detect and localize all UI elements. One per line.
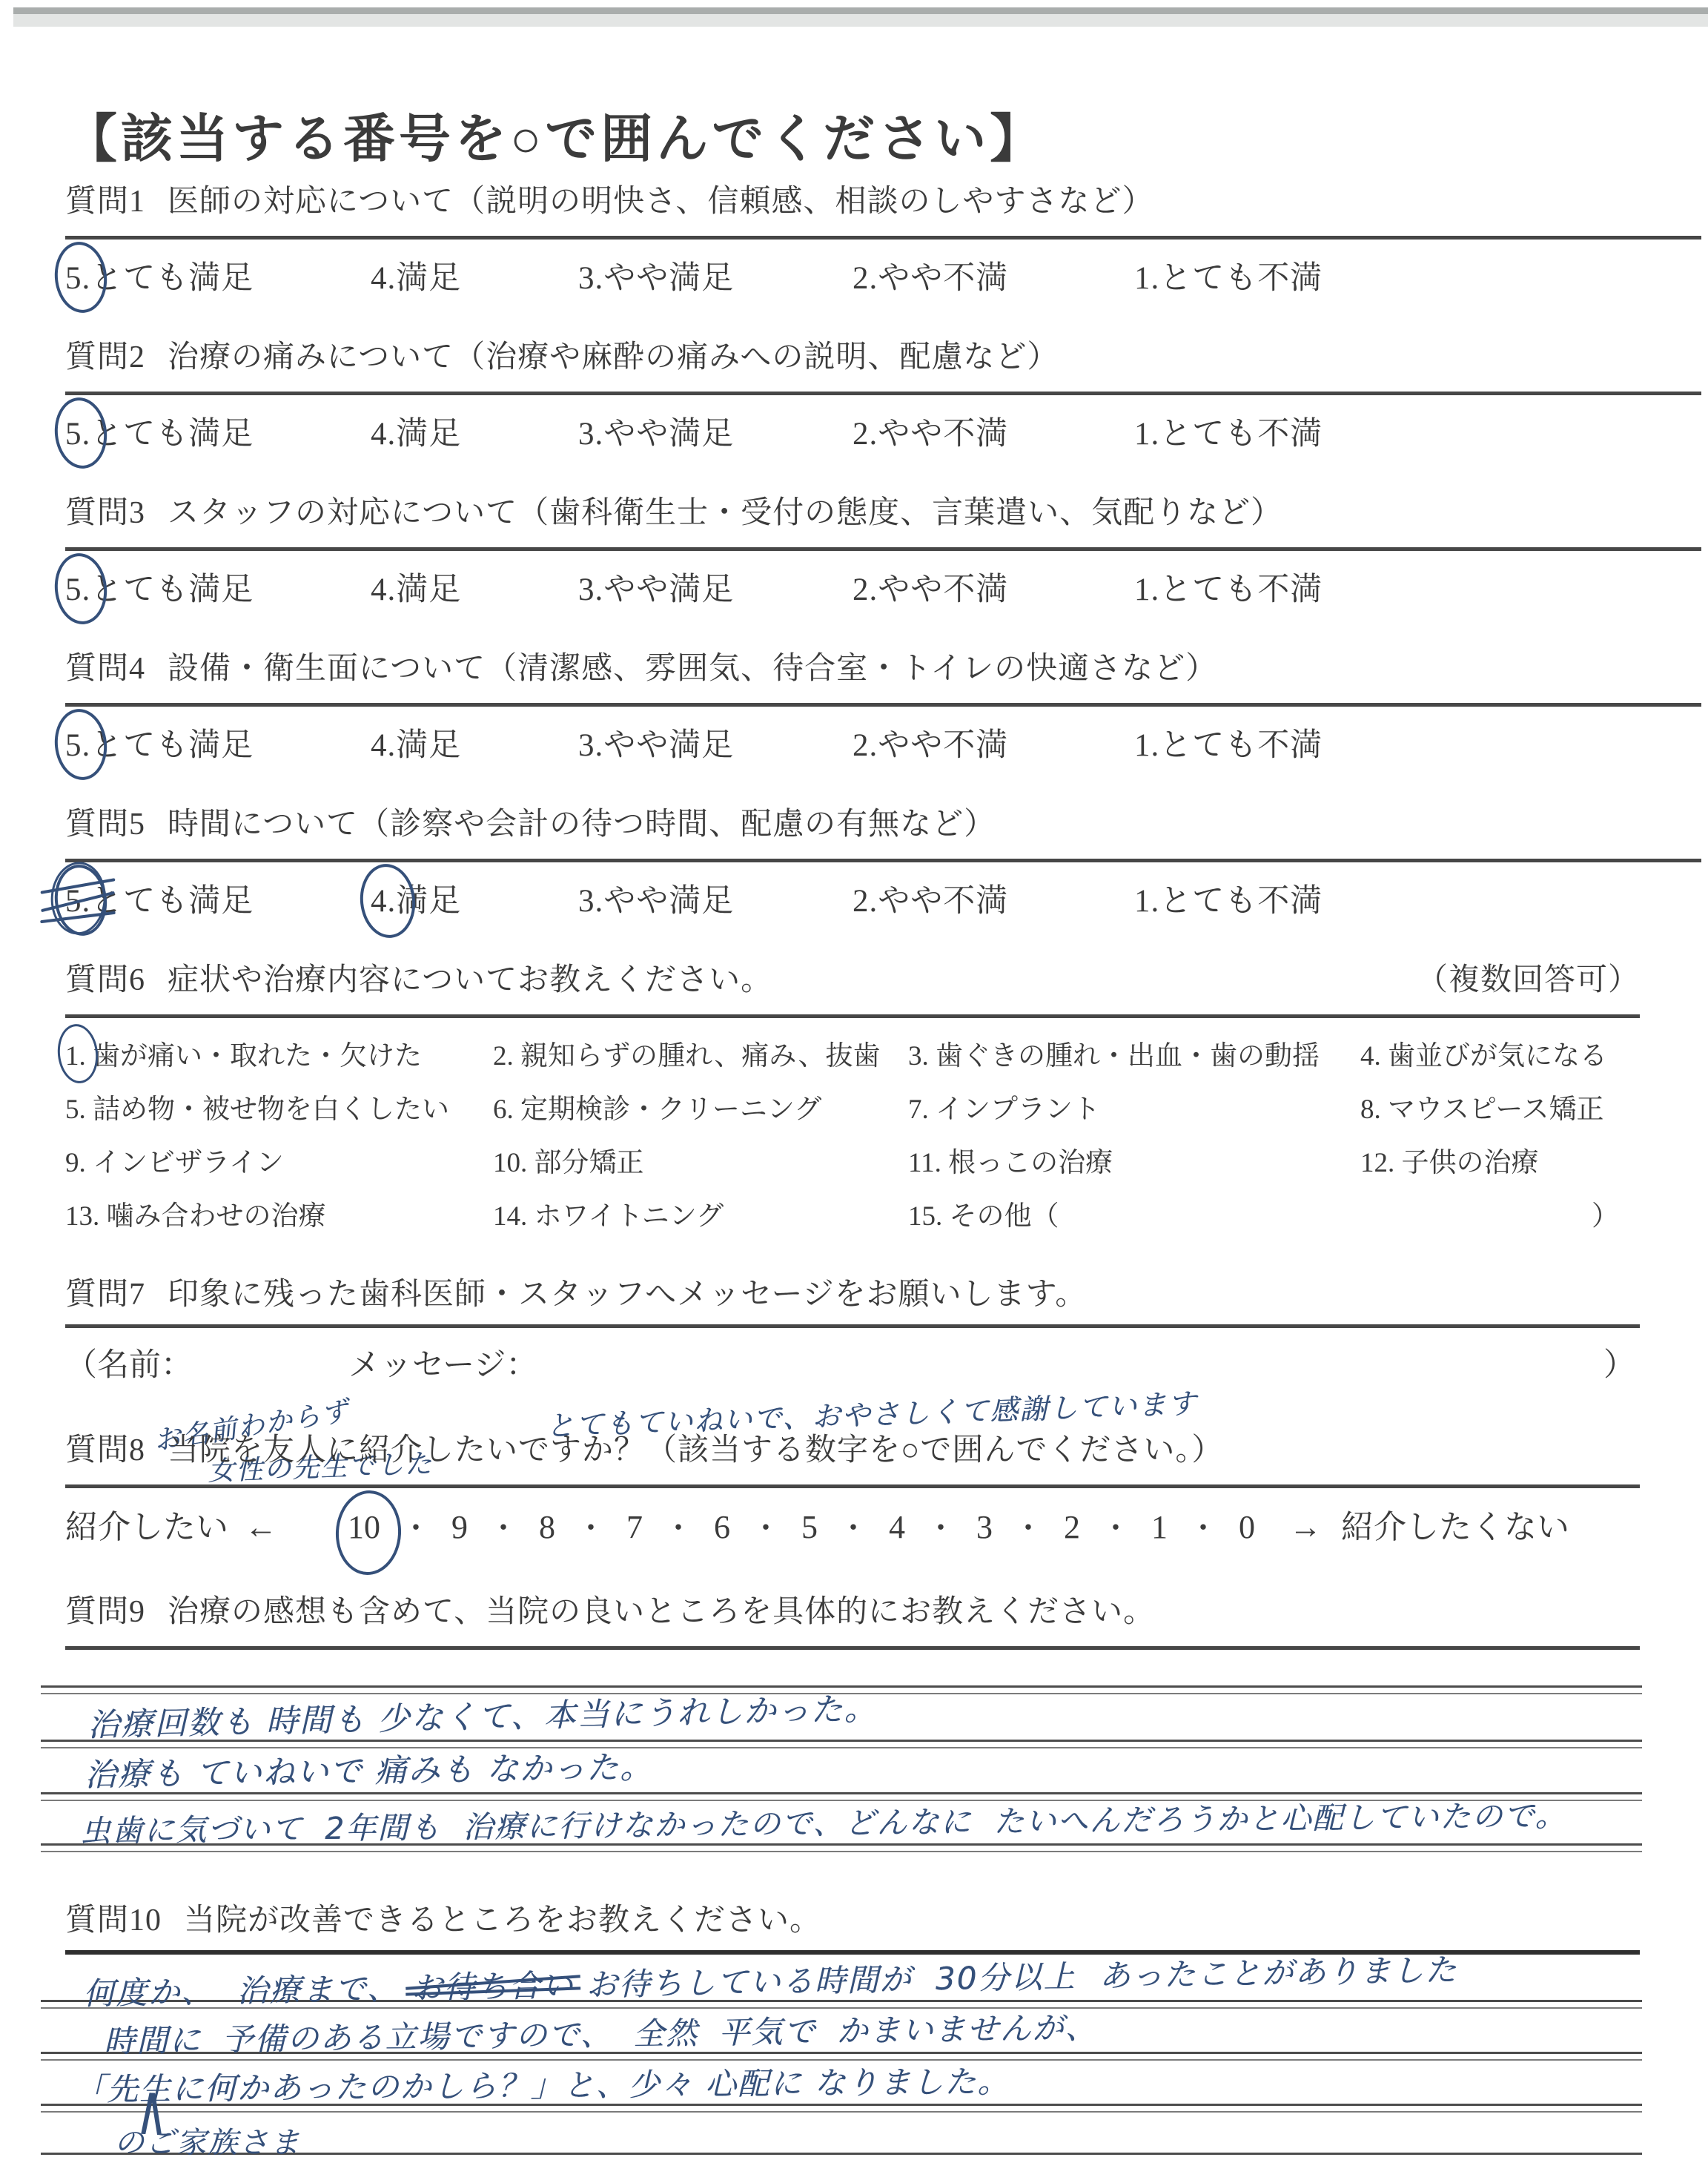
message-form-row: （名前： メッセージ： ） お名前わからず 女性の先生でした とてもていねいで、…	[65, 1340, 1640, 1429]
scan-artifact-bar	[13, 7, 1708, 27]
handwritten-circle-mark	[357, 861, 419, 940]
symptom-options-row-1: 1. 歯が痛い・取れた・欠けた 2. 親知らずの腫れ、痛み、抜歯 3. 歯ぐきの…	[65, 1033, 1640, 1071]
question-number: 質問3	[65, 496, 145, 530]
question-number: 質問6	[65, 963, 145, 997]
question-8-section: 質問8当院を友人に紹介したいですか？（該当する数字を○で囲んでください。） 紹介…	[65, 1425, 1640, 1548]
option-label: 1.とても不満	[1134, 884, 1323, 919]
option-label: 2.やや不満	[853, 261, 1008, 296]
symptom-options-row-3: 9. インビザライン 10. 部分矯正 11. 根っこの治療 12. 子供の治療	[65, 1140, 1640, 1178]
question-title: 質問6症状や治療内容についてお教えください。	[65, 955, 772, 1000]
question-number: 質問8	[65, 1433, 145, 1467]
handwritten-circle-mark	[55, 1022, 101, 1085]
rating-options-row: 5.とても満足 4.満足 3.やや満足 2.やや不満 1.とても不満	[65, 564, 1640, 610]
scale-number-10-selected: 10	[348, 1508, 380, 1546]
question-number: 質問1	[65, 185, 145, 219]
option-label: 4.満足	[371, 417, 461, 452]
question-topic: 設備・衛生面について（清潔感、雰囲気、待合室・トイレの快適さなど）	[168, 652, 1217, 686]
option-label: 3.やや満足	[578, 261, 734, 296]
rating-options-row: 5.とても満足 4.満足 3.やや満足 2.やや不満 1.とても不満	[65, 876, 1640, 921]
option-label: 1.とても不満	[1134, 572, 1323, 607]
rating-options-row: 5.とても満足 4.満足 3.やや満足 2.やや不満 1.とても不満	[65, 253, 1640, 298]
option-label: 2.やや不満	[853, 728, 1008, 763]
other-close-paren: ）	[1592, 1193, 1640, 1233]
question-3-section: 質問3スタッフの対応について（歯科衛生士・受付の態度、言葉遣い、気配りなど） 5…	[65, 488, 1640, 610]
option-3-somewhat-satisfied: 3.やや満足	[578, 564, 853, 610]
symptom-option-10: 10. 部分矯正	[493, 1140, 908, 1180]
option-label: 1.とても不満	[1134, 417, 1323, 452]
divider-line	[65, 392, 1701, 395]
symptom-option-12: 12. 子供の治療	[1360, 1140, 1539, 1180]
struck-out-word: お待ち合い	[411, 1961, 575, 2009]
scale-number-4: 4	[889, 1508, 905, 1546]
option-4-satisfied: 4.満足	[371, 253, 578, 298]
line-1-text-before-strike: 何度か、 治療まで、	[83, 1970, 400, 2012]
option-1-very-dissatisfied: 1.とても不満	[1134, 409, 1323, 454]
name-field-label: （名前：	[65, 1348, 193, 1383]
scale-number-9: 9	[451, 1508, 468, 1546]
question-4-section: 質問4設備・衛生面について（清潔感、雰囲気、待合室・トイレの快適さなど） 5.と…	[65, 644, 1640, 765]
question-5-header: 質問5時間について（診察や会計の待つ時間、配慮の有無など）	[65, 799, 1640, 844]
option-3-somewhat-satisfied: 3.やや満足	[578, 409, 853, 454]
scanned-survey-page: 【該当する番号を○で囲んでください】 質問1医師の対応について（説明の明快さ、信…	[0, 0, 1708, 2160]
option-label: 3.やや満足	[578, 728, 734, 763]
divider-line	[65, 1324, 1640, 1328]
question-8-header: 質問8当院を友人に紹介したいですか？（該当する数字を○で囲んでください。）	[65, 1425, 1640, 1470]
handwritten-answer-line-3: 「先生に何かあったのかしら？」と、少々 心配に なりました。	[74, 2057, 1010, 2110]
option-label: 3.やや満足	[578, 884, 734, 919]
option-3-somewhat-satisfied: 3.やや満足	[578, 720, 853, 765]
option-label: 4.満足	[371, 572, 461, 607]
question-topic: 当院が改善できるところをお教えください。	[184, 1903, 821, 1938]
question-2-header: 質問2治療の痛みについて（治療や麻酔の痛みへの説明、配慮など）	[65, 332, 1640, 377]
symptom-option-3: 3. 歯ぐきの腫れ・出血・歯の動揺	[908, 1033, 1360, 1073]
question-topic: 症状や治療内容についてお教えください。	[168, 963, 772, 997]
option-4-satisfied: 4.満足	[371, 564, 578, 610]
option-label: 2.やや不満	[853, 572, 1008, 607]
left-arrow-icon: ←	[245, 1508, 277, 1546]
symptom-option-15-other: 15. その他（	[908, 1193, 1360, 1233]
rating-options-row: 5.とても満足 4.満足 3.やや満足 2.やや不満 1.とても不満	[65, 409, 1640, 454]
question-topic: スタッフの対応について（歯科衛生士・受付の態度、言葉遣い、気配りなど）	[168, 496, 1282, 530]
question-1-section: 質問1医師の対応について（説明の明快さ、信頼感、相談のしやすさなど） 5.とても…	[65, 176, 1640, 298]
divider-line	[65, 236, 1701, 240]
option-2-somewhat-dissatisfied: 2.やや不満	[853, 876, 1134, 921]
symptom-option-11: 11. 根っこの治療	[908, 1140, 1360, 1180]
divider-line	[65, 547, 1701, 551]
question-topic: 治療の痛みについて（治療や麻酔の痛みへの説明、配慮など）	[168, 340, 1059, 374]
option-2-somewhat-dissatisfied: 2.やや不満	[853, 564, 1134, 610]
option-label: 1.とても不満	[1134, 261, 1323, 296]
divider-line	[65, 1646, 1640, 1650]
option-4-satisfied-selected: 4.満足	[371, 876, 578, 921]
option-3-somewhat-satisfied: 3.やや満足	[578, 253, 853, 298]
dot-separator: ・	[663, 1505, 693, 1547]
handwritten-insertion-text: のご家族さま	[114, 2119, 301, 2160]
question-number: 質問2	[65, 340, 145, 374]
dot-separator: ・	[838, 1505, 868, 1547]
question-number: 質問5	[65, 807, 145, 842]
symptom-option-5: 5. 詰め物・被せ物を白くしたい	[65, 1086, 493, 1126]
scale-number-6: 6	[714, 1508, 730, 1546]
symptom-option-7: 7. インプラント	[908, 1086, 1360, 1126]
page-title: 【該当する番号を○で囲んでください】	[65, 97, 1045, 172]
question-number: 質問9	[65, 1595, 145, 1629]
option-4-satisfied: 4.満足	[371, 409, 578, 454]
handwritten-answer-line-2: 治療も ていねいで 痛みも なかった。	[85, 1743, 654, 1796]
question-1-header: 質問1医師の対応について（説明の明快さ、信頼感、相談のしやすさなど）	[65, 176, 1640, 221]
question-topic: 時間について（診察や会計の待つ時間、配慮の有無など）	[168, 807, 996, 842]
question-number: 質問10	[65, 1903, 162, 1938]
option-5-very-satisfied: 5.とても満足	[65, 409, 371, 454]
line-1-text-after-strike: お待ちしている時間が 30分以上 あったことがありました	[586, 1952, 1457, 2004]
handwritten-circle-mark	[51, 240, 110, 316]
symptom-option-14: 14. ホワイトニング	[493, 1193, 908, 1233]
dot-separator: ・	[1188, 1505, 1218, 1547]
question-6-header: 質問6症状や治療内容についてお教えください。 （複数回答可）	[65, 955, 1640, 1000]
option-4-satisfied: 4.満足	[371, 720, 578, 765]
option-5-very-satisfied: 5.とても満足	[65, 564, 371, 610]
symptom-option-9: 9. インビザライン	[65, 1140, 493, 1180]
question-9-section: 質問9治療の感想も含めて、当院の良いところを具体的にお教えください。 治療回数も…	[65, 1587, 1640, 1650]
question-5-section: 質問5時間について（診察や会計の待つ時間、配慮の有無など） 5.とても満足 4.…	[65, 799, 1640, 921]
option-label: 2.やや不満	[853, 417, 1008, 452]
option-2-somewhat-dissatisfied: 2.やや不満	[853, 409, 1134, 454]
rating-options-row: 5.とても満足 4.満足 3.やや満足 2.やや不満 1.とても不満	[65, 720, 1640, 765]
question-2-section: 質問2治療の痛みについて（治療や麻酔の痛みへの説明、配慮など） 5.とても満足 …	[65, 332, 1640, 454]
scale-number-0: 0	[1239, 1508, 1255, 1546]
scale-number-5: 5	[801, 1508, 818, 1546]
symptom-option-1-selected: 1. 歯が痛い・取れた・欠けた	[65, 1033, 493, 1073]
dot-separator: ・	[1101, 1505, 1131, 1547]
symptom-option-2: 2. 親知らずの腫れ、痛み、抜歯	[493, 1033, 908, 1073]
question-topic: 印象に残った歯科医師・スタッフへメッセージをお願いします。	[168, 1278, 1087, 1312]
right-arrow-icon: →	[1289, 1508, 1322, 1546]
option-label: 2.やや不満	[853, 884, 1008, 919]
scale-left-label: 紹介したい	[65, 1500, 228, 1548]
scale-number-7: 7	[626, 1508, 643, 1546]
option-label: 3.やや満足	[578, 417, 734, 452]
handwritten-circle-mark	[51, 551, 110, 627]
divider-line	[65, 859, 1701, 862]
symptom-option-6: 6. 定期検診・クリーニング	[493, 1086, 908, 1126]
dot-separator: ・	[751, 1505, 781, 1547]
handwritten-circle-mark	[51, 707, 110, 783]
symptom-option-8: 8. マウスピース矯正	[1360, 1086, 1604, 1126]
option-label: 4.満足	[371, 728, 461, 763]
handwritten-circle-mark	[51, 395, 110, 472]
question-topic: 治療の感想も含めて、当院の良いところを具体的にお教えください。	[168, 1595, 1155, 1629]
handwritten-circle-mark	[334, 1489, 403, 1576]
option-3-somewhat-satisfied: 3.やや満足	[578, 876, 853, 921]
option-2-somewhat-dissatisfied: 2.やや不満	[853, 253, 1134, 298]
option-label: 3.やや満足	[578, 572, 734, 607]
divider-line	[65, 703, 1701, 707]
close-paren: ）	[1603, 1340, 1635, 1385]
dot-separator: ・	[489, 1505, 518, 1547]
scale-right-label: 紹介したくない	[1341, 1500, 1569, 1548]
dot-separator: ・	[1013, 1505, 1043, 1547]
option-1-very-dissatisfied: 1.とても不満	[1134, 876, 1323, 921]
nps-scale-row: 紹介したい ← 10 ・ 9 ・ 8 ・ 7 ・ 6 ・ 5 ・ 4 ・ 3 ・…	[65, 1500, 1640, 1548]
option-label: 1. 歯が痛い・取れた・欠けた	[65, 1041, 422, 1071]
question-topic: 当院を友人に紹介したいですか？（該当する数字を○で囲んでください。）	[168, 1433, 1223, 1467]
option-1-very-dissatisfied: 1.とても不満	[1134, 564, 1323, 610]
option-5-very-satisfied: 5.とても満足	[65, 253, 371, 298]
option-5-very-satisfied-crossed-out: 5.とても満足	[65, 876, 371, 921]
question-7-header: 質問7印象に残った歯科医師・スタッフへメッセージをお願いします。	[65, 1269, 1640, 1314]
question-3-header: 質問3スタッフの対応について（歯科衛生士・受付の態度、言葉遣い、気配りなど）	[65, 488, 1640, 532]
symptom-options-row-2: 5. 詰め物・被せ物を白くしたい 6. 定期検診・クリーニング 7. インプラン…	[65, 1086, 1640, 1125]
dot-separator: ・	[926, 1505, 956, 1547]
symptom-option-4: 4. 歯並びが気になる	[1360, 1033, 1607, 1073]
option-2-somewhat-dissatisfied: 2.やや不満	[853, 720, 1134, 765]
dot-separator: ・	[576, 1505, 606, 1547]
dot-separator: ・	[401, 1505, 431, 1547]
option-label: 1.とても不満	[1134, 728, 1323, 763]
option-1-very-dissatisfied: 1.とても不満	[1134, 253, 1323, 298]
divider-line	[65, 1014, 1640, 1018]
question-number: 質問4	[65, 652, 145, 686]
question-topic: 医師の対応について（説明の明快さ、信頼感、相談のしやすさなど）	[168, 185, 1153, 219]
divider-line	[65, 1484, 1640, 1488]
scale-number-8: 8	[539, 1508, 555, 1546]
scale-number-2: 2	[1064, 1508, 1080, 1546]
question-6-section: 質問6症状や治療内容についてお教えください。 （複数回答可） 1. 歯が痛い・取…	[65, 955, 1640, 1232]
scale-number-3: 3	[976, 1508, 993, 1546]
question-9-header: 質問9治療の感想も含めて、当院の良いところを具体的にお教えください。	[65, 1587, 1640, 1631]
question-10-header: 質問10当院が改善できるところをお教えください。	[65, 1895, 1640, 1940]
multiple-answers-note: （複数回答可）	[1417, 955, 1640, 1000]
question-10-section: 質問10当院が改善できるところをお教えください。 何度か、 治療まで、お待ち合い…	[65, 1895, 1640, 1955]
option-1-very-dissatisfied: 1.とても不満	[1134, 720, 1323, 765]
option-label: 4.満足	[371, 261, 461, 296]
option-5-very-satisfied: 5.とても満足	[65, 720, 371, 765]
message-field-label: メッセージ：	[348, 1340, 537, 1385]
question-7-section: 質問7印象に残った歯科医師・スタッフへメッセージをお願いします。 （名前： メッ…	[65, 1269, 1640, 1429]
question-4-header: 質問4設備・衛生面について（清潔感、雰囲気、待合室・トイレの快適さなど）	[65, 644, 1640, 688]
symptom-options-row-4: 13. 噛み合わせの治療 14. ホワイトニング 15. その他（ ）	[65, 1193, 1640, 1232]
scale-number-1: 1	[1151, 1508, 1168, 1546]
symptom-option-13: 13. 噛み合わせの治療	[65, 1193, 493, 1233]
question-number: 質問7	[65, 1278, 145, 1312]
